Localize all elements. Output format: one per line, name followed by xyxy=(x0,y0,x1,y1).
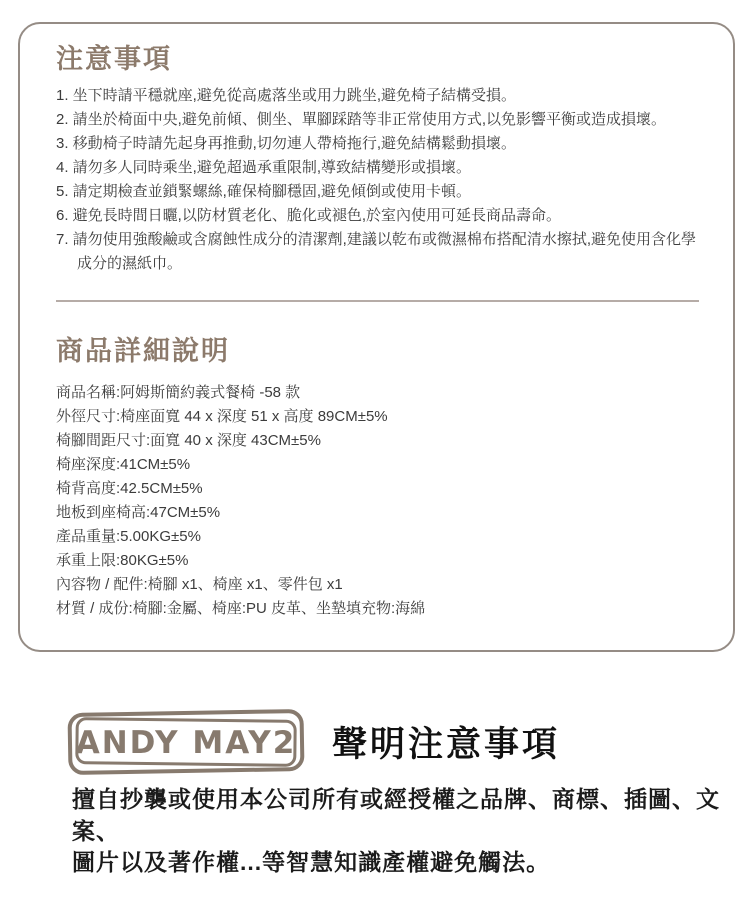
notice-item-1: 1. 坐下時請平穩就座,避免從高處落坐或用力跳坐,避免椅子結構受損。 xyxy=(56,84,699,108)
statement-line-2: 圖片以及著作權...等智慧知識產權避免觸法。 xyxy=(72,847,750,879)
details-row-seat-height: 地板到座椅高:47CM±5% xyxy=(56,501,699,525)
details-row-contents: 內容物 / 配件:椅腳 x1、椅座 x1、零件包 x1 xyxy=(56,573,699,597)
details-row-name: 商品名稱:阿姆斯簡約義式餐椅 -58 款 xyxy=(56,381,699,405)
details-row-seat-depth: 椅座深度:41CM±5% xyxy=(56,453,699,477)
notice-item-6: 6. 避免長時間日曬,以防材質老化、脆化或褪色,於室內使用可延長商品壽命。 xyxy=(56,204,699,228)
brand-row: ANDY MAY2 聲明注意事項 xyxy=(66,708,560,776)
notice-item-7: 7. 請勿使用強酸鹼或含腐蝕性成分的清潔劑,建議以乾布或微濕棉布搭配清水擦拭,避… xyxy=(56,228,699,276)
notice-item-3: 3. 移動椅子時請先起身再推動,切勿連人帶椅拖行,避免結構鬆動損壞。 xyxy=(56,132,699,156)
product-info-card: 注意事項 1. 坐下時請平穩就座,避免從高處落坐或用力跳坐,避免椅子結構受損。 … xyxy=(18,22,735,652)
andy-may2-logo: ANDY MAY2 xyxy=(66,708,306,776)
details-row-back-height: 椅背高度:42.5CM±5% xyxy=(56,477,699,501)
brand-logo-text: ANDY MAY2 xyxy=(76,725,297,761)
section-divider xyxy=(56,300,699,302)
notice-item-5: 5. 請定期檢查並鎖緊螺絲,確保椅腳穩固,避免傾倒或使用卡頓。 xyxy=(56,180,699,204)
statement-text: 擅自抄襲或使用本公司所有或經授權之品牌、商標、插圖、文案、 圖片以及著作權...… xyxy=(72,784,750,879)
details-row-materials: 材質 / 成份:椅腳:金屬、椅座:PU 皮革、坐墊填充物:海綿 xyxy=(56,597,699,621)
details-row-weight: 產品重量:5.00KG±5% xyxy=(56,525,699,549)
details-section-title: 商品詳細說明 xyxy=(56,334,699,368)
notice-item-2: 2. 請坐於椅面中央,避免前傾、側坐、單腳踩踏等非正常使用方式,以免影響平衡或造… xyxy=(56,108,699,132)
details-row-max-load: 承重上限:80KG±5% xyxy=(56,549,699,573)
notice-item-4: 4. 請勿多人同時乘坐,避免超過承重限制,導致結構變形或損壞。 xyxy=(56,156,699,180)
details-row-leg-spacing: 椅腳間距尺寸:面寬 40 x 深度 43CM±5% xyxy=(56,429,699,453)
notice-section-title: 注意事項 xyxy=(56,42,699,76)
details-list: 商品名稱:阿姆斯簡約義式餐椅 -58 款 外徑尺寸:椅座面寬 44 x 深度 5… xyxy=(56,381,699,621)
statement-line-1: 擅自抄襲或使用本公司所有或經授權之品牌、商標、插圖、文案、 xyxy=(72,784,750,847)
statement-title: 聲明注意事項 xyxy=(332,717,560,767)
details-row-outer-size: 外徑尺寸:椅座面寬 44 x 深度 51 x 高度 89CM±5% xyxy=(56,405,699,429)
notice-list: 1. 坐下時請平穩就座,避免從高處落坐或用力跳坐,避免椅子結構受損。 2. 請坐… xyxy=(56,84,699,276)
